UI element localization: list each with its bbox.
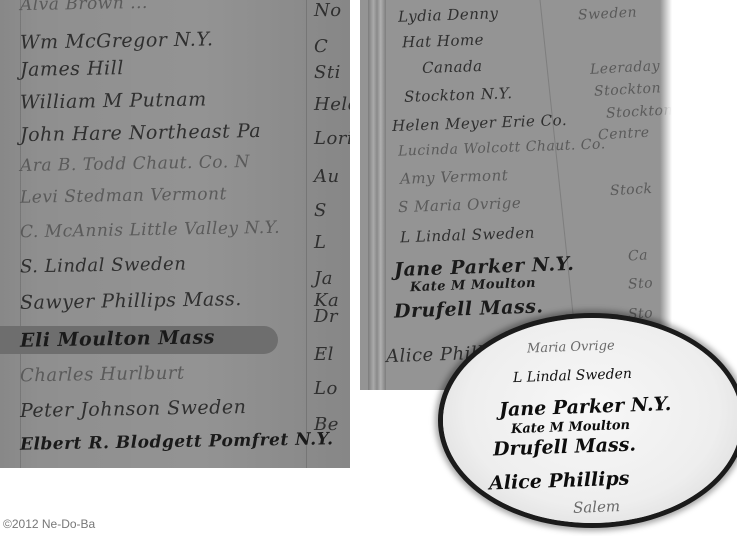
- magnified-entry: L Lindal Sweden: [513, 366, 632, 386]
- ledger-entry: L Lindal Sweden: [400, 224, 535, 247]
- ledger-entry: William M Putnam: [20, 88, 207, 113]
- ledger-entry: Elbert R. Blodgett Pomfret N.Y.: [20, 429, 334, 454]
- ledger-entry: Stockton N.Y.: [404, 84, 513, 106]
- ledger-entry: Sawyer Phillips Mass.: [20, 288, 242, 314]
- ledger-entry: Kate M Moulton: [410, 276, 536, 295]
- magnifier-lens: Maria OvrigeL Lindal SwedenJane Parker N…: [443, 318, 737, 523]
- ledger-entry: Hat Home: [402, 31, 485, 52]
- ledger-column-line: [306, 0, 307, 468]
- ledger-entry: C. McAnnis Little Valley N.Y.: [20, 218, 280, 243]
- ledger-entry: Eli Moulton Mass: [20, 326, 215, 351]
- book-binding: [368, 0, 386, 390]
- magnified-entry: Salem: [573, 497, 621, 517]
- magnified-entry: Drufell Mass.: [493, 434, 637, 461]
- ledger-entry: Lydia Denny: [398, 4, 499, 25]
- ledger-entry: Helen Meyer Erie Co.: [392, 111, 568, 135]
- ledger-entry: James Hill: [20, 57, 124, 81]
- ledger-entry: S. Lindal Sweden: [20, 254, 187, 278]
- margin-fragment: Dr: [314, 306, 338, 327]
- margin-fragment: Lo: [314, 378, 338, 399]
- ledger-entry: Amy Vermont: [400, 166, 509, 188]
- ledger-entry: Wm McGregor N.Y.: [20, 28, 214, 53]
- margin-fragment: S: [314, 200, 327, 221]
- copyright-notice: ©2012 Ne-Do-Ba: [3, 517, 95, 531]
- magnified-entry: Maria Ovrige: [527, 338, 615, 356]
- margin-fragment: Hele: [314, 94, 350, 115]
- ledger-entry: Levi Stedman Vermont: [20, 184, 227, 208]
- ledger-entry: Canada: [422, 57, 483, 77]
- margin-fragment: El: [314, 344, 334, 365]
- margin-fragment: Sti: [314, 62, 341, 83]
- ledger-entry: S Maria Ovrige: [398, 194, 522, 216]
- ledger-entry: Peter Johnson Sweden: [20, 396, 247, 422]
- ledger-entry: Lucinda Wolcott Chaut. Co.: [398, 136, 606, 159]
- residence-fragment: Sweden: [578, 4, 638, 23]
- ledger-entry: Charles Hurlburt: [20, 363, 185, 387]
- margin-fragment: Be: [314, 414, 339, 435]
- ledger-entry: Drufell Mass.: [394, 295, 544, 322]
- ledger-page-left: Alva Brown ...Wm McGregor N.Y.James Hill…: [0, 0, 350, 468]
- margin-fragment: Ja: [314, 268, 333, 289]
- magnified-entry: Alice Phillips: [489, 468, 630, 495]
- margin-fragment: C: [314, 36, 328, 57]
- ledger-entry: John Hare Northeast Pa: [20, 120, 261, 146]
- margin-fragment: Lori: [314, 128, 350, 149]
- margin-fragment: No: [314, 0, 342, 21]
- magnified-entry: Jane Parker N.Y.: [499, 393, 672, 421]
- margin-fragment: L: [314, 232, 326, 253]
- ledger-entry: Alva Brown ...: [20, 0, 148, 15]
- ledger-entry: Ara B. Todd Chaut. Co. N: [20, 152, 250, 176]
- margin-fragment: Au: [314, 166, 340, 187]
